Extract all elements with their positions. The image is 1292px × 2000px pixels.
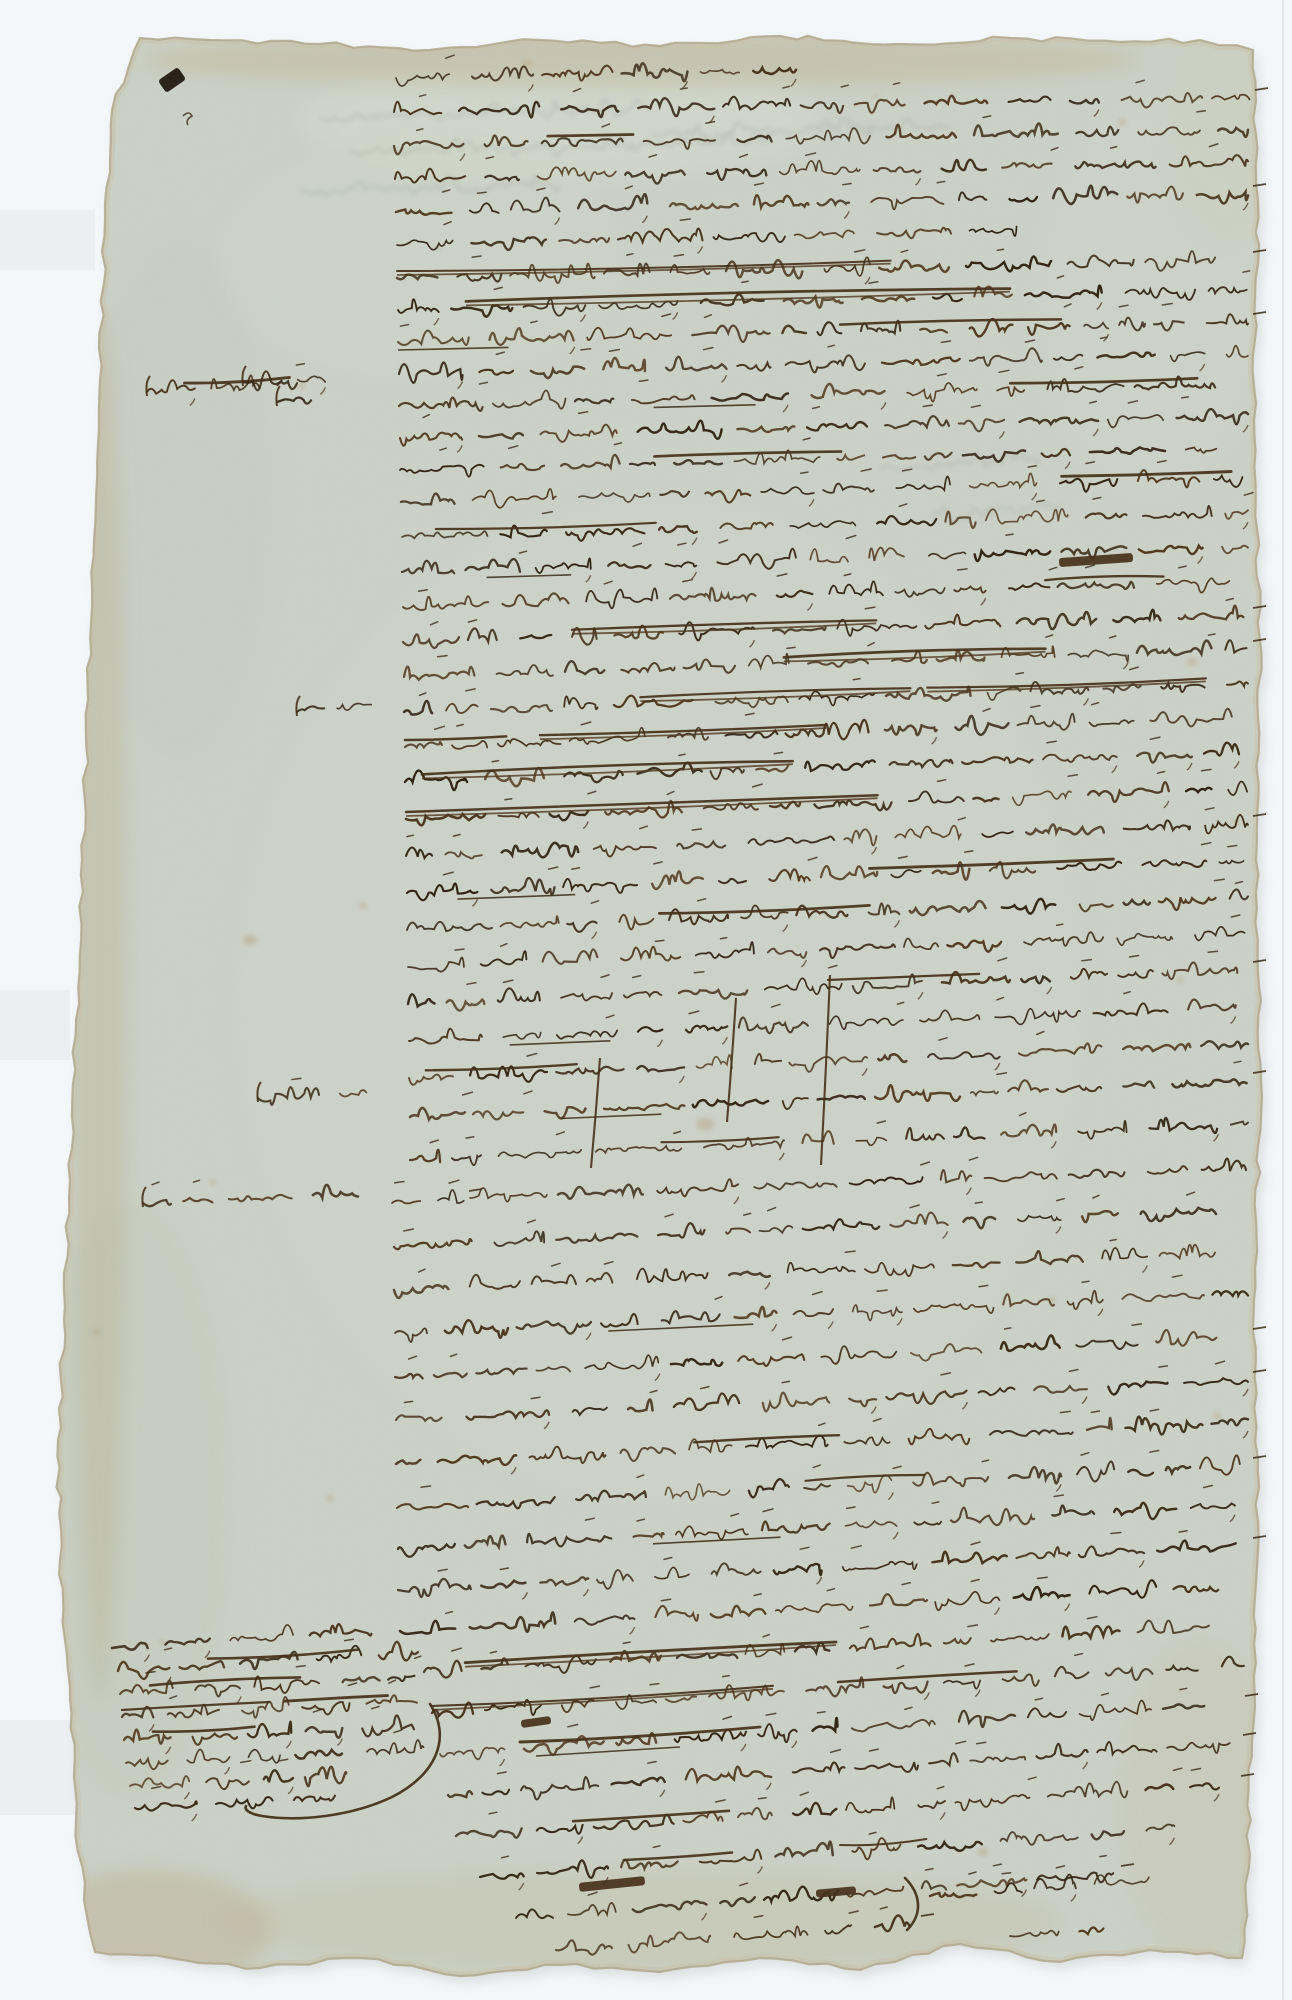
- foxing-spot: [1187, 658, 1197, 666]
- foxing-spot: [978, 1848, 988, 1856]
- diacritic-dash: [478, 192, 487, 193]
- manuscript-scan: Scanned handwritten manuscript page: [0, 0, 1292, 2000]
- foxing-spot: [243, 935, 257, 945]
- strikethrough: [548, 135, 633, 137]
- diacritic-dash: [1182, 397, 1189, 398]
- diacritic-dash: [1100, 1856, 1106, 1857]
- scanner-band: [0, 1720, 80, 1815]
- foxing-spot: [359, 903, 367, 909]
- paper-grain: [50, 28, 1270, 1983]
- diacritic-dash: [655, 940, 664, 941]
- scanner-band: [0, 210, 95, 270]
- scanner-band: [0, 990, 70, 1060]
- foxing-spot: [1213, 1413, 1221, 1419]
- diacritic-dash: [694, 972, 704, 973]
- foxing-spot: [210, 1179, 216, 1185]
- scan-surface: Scanned handwritten manuscript page: [0, 0, 1292, 2000]
- diacritic-dash: [723, 1676, 730, 1677]
- diacritic-dash: [1111, 1533, 1121, 1534]
- diacritic-dash: [505, 799, 512, 800]
- foxing-spot: [696, 1118, 714, 1130]
- foxing-spot: [92, 1329, 100, 1335]
- foxing-spot: [326, 1495, 334, 1501]
- diacritic-dash: [455, 949, 464, 950]
- diacritic-dash: [787, 647, 795, 648]
- diacritic-dash: [1002, 1873, 1011, 1874]
- foxing-spot: [299, 383, 305, 389]
- diacritic-dash: [975, 1202, 982, 1203]
- foxing-spot: [1177, 977, 1183, 983]
- foxing-spot: [159, 1640, 165, 1644]
- foxing-spot: [873, 94, 879, 98]
- foxing-spot: [1118, 119, 1126, 125]
